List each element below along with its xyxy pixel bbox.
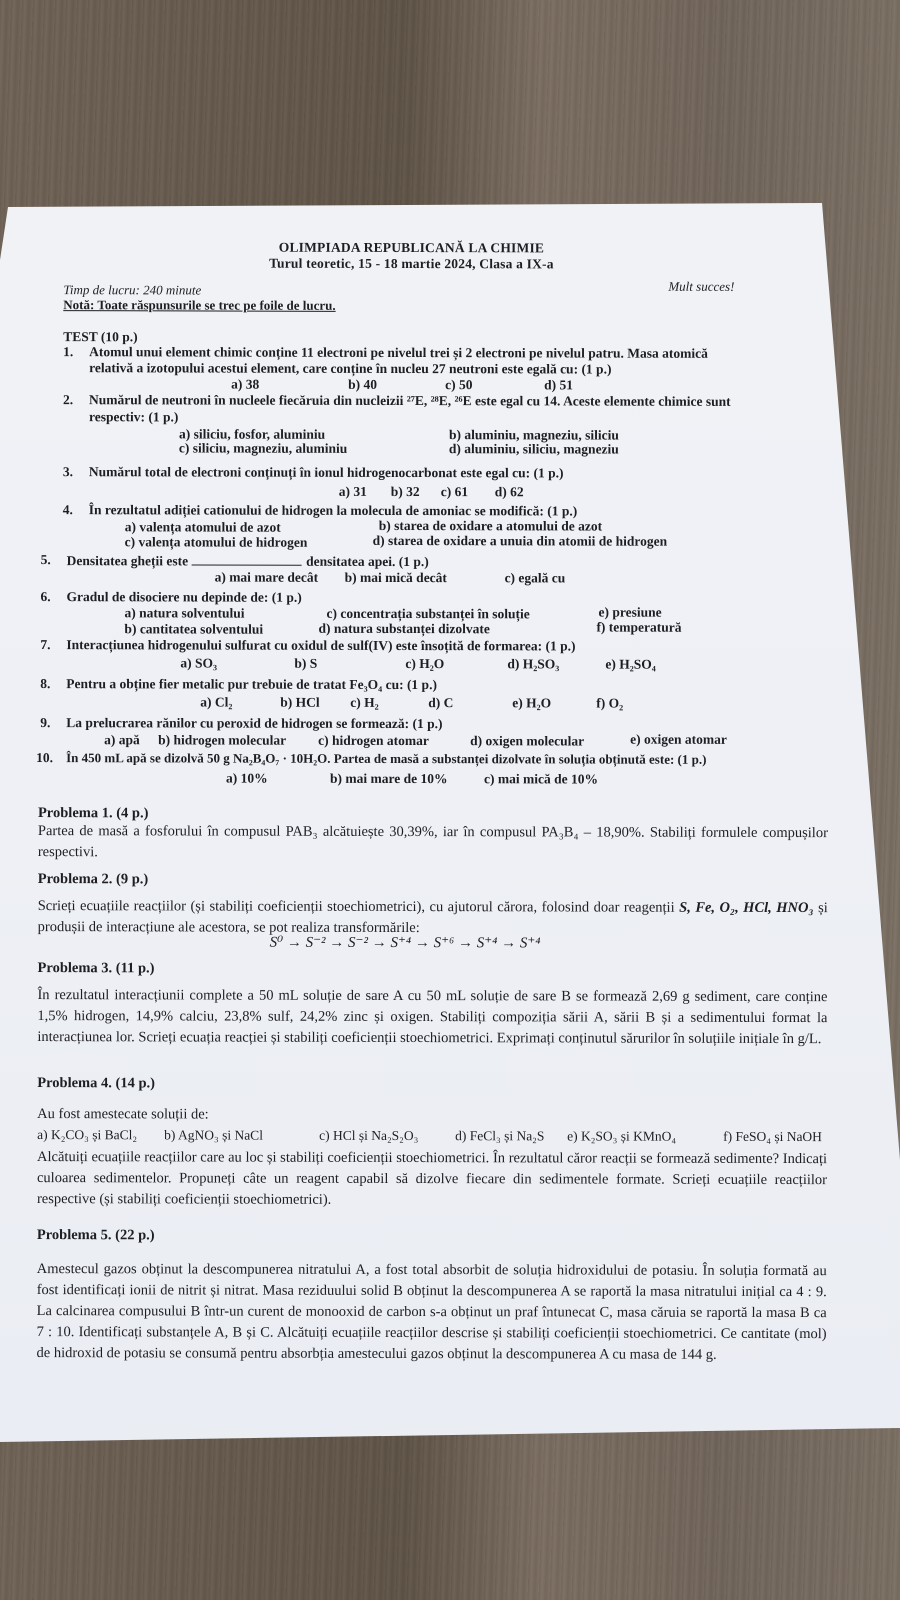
q1-option-c: c) 50 bbox=[445, 377, 472, 393]
q7-option-b: b) S bbox=[294, 656, 317, 672]
problem-4-intro: Au fost amestecate soluții de: bbox=[37, 1106, 209, 1123]
q9-text: La prelucrarea rănilor cu peroxid de hid… bbox=[66, 715, 442, 732]
q5-option-c: c) egală cu bbox=[505, 570, 566, 586]
q6-option-b: b) cantitatea solventului bbox=[124, 621, 263, 637]
q5-text-start: Densitatea gheții este bbox=[67, 553, 189, 568]
q8-option-d: d) C bbox=[428, 695, 453, 711]
q6-option-d: d) natura substanței dizolvate bbox=[318, 621, 489, 637]
q7-option-d: d) H₂SO₃ bbox=[507, 656, 559, 672]
test-heading: TEST (10 p.) bbox=[63, 329, 137, 345]
q8-option-f: f) O₂ bbox=[596, 696, 623, 712]
q6-option-e: e) presiune bbox=[598, 605, 661, 621]
greeting: Mult succes! bbox=[668, 279, 734, 295]
q2-number: 2. bbox=[63, 392, 73, 408]
q6-option-c: c) concentrația substanței în soluție bbox=[326, 606, 529, 623]
q8-option-a: a) Cl₂ bbox=[200, 694, 232, 710]
q8-text: Pentru a obține fier metalic pur trebuie… bbox=[66, 676, 437, 693]
q9-option-c: c) hidrogen atomar bbox=[318, 733, 429, 749]
q1-text: Atomul unui element chimic conține 11 el… bbox=[89, 344, 708, 362]
q2-text-2: respectiv: (1 p.) bbox=[89, 409, 178, 425]
problem-3-title: Problema 3. (11 p.) bbox=[38, 960, 155, 977]
q3-option-b: b) 32 bbox=[391, 484, 420, 500]
q5-option-b: b) mai mică decât bbox=[345, 570, 447, 586]
q2-option-c: c) siliciu, magneziu, aluminiu bbox=[179, 440, 347, 456]
q7-text: Interacțiunea hidrogenului sulfurat cu o… bbox=[66, 637, 575, 654]
q6-option-f: f) temperatură bbox=[596, 620, 681, 636]
problem-4-title: Problema 4. (14 p.) bbox=[37, 1075, 155, 1092]
q2-text: Numărul de neutroni în nucleele fiecărui… bbox=[89, 392, 731, 410]
note: Notă: Toate răspunsurile se trec pe foil… bbox=[63, 297, 335, 314]
q10-option-a: a) 10% bbox=[226, 771, 268, 787]
q1-option-d: d) 51 bbox=[544, 377, 573, 393]
q5-text: Densitatea gheții estedensitatea apei. (… bbox=[67, 552, 429, 570]
q8-option-e: e) H₂O bbox=[512, 695, 551, 711]
q9-number: 9. bbox=[40, 715, 50, 731]
q7-option-e: e) H₂SO₄ bbox=[605, 657, 656, 673]
problem-1-text: Partea de masă a fosforului în compusul … bbox=[38, 821, 828, 865]
q8-option-c: c) H₂ bbox=[350, 695, 378, 711]
problem-2-reagents: S, Fe, O₂, HCl, HNO₃ bbox=[679, 900, 813, 916]
time-limit: Timp de lucru: 240 minute bbox=[63, 282, 201, 298]
q7-option-c: c) H₂O bbox=[405, 656, 444, 672]
q7-number: 7. bbox=[40, 637, 50, 653]
q1-text-2: relativă a izotopului acestui element, c… bbox=[89, 360, 611, 377]
exam-content: OLIMPIADA REPUBLICANĂ LA CHIMIE Turul te… bbox=[0, 0, 900, 1600]
q6-text: Gradul de disociere nu depinde de: (1 p.… bbox=[67, 589, 302, 606]
q5-text-end: densitatea apei. (1 p.) bbox=[306, 554, 429, 569]
q10-text: În 450 mL apă se dizolvă 50 g Na₂B₄O₇ · … bbox=[66, 750, 706, 768]
q10-option-c: c) mai mică de 10% bbox=[484, 771, 598, 787]
q5-number: 5. bbox=[41, 552, 51, 568]
q9-option-b: b) hidrogen molecular bbox=[158, 732, 286, 748]
q3-option-c: c) 61 bbox=[441, 484, 468, 500]
q3-number: 3. bbox=[63, 464, 73, 480]
q6-option-a: a) natura solventului bbox=[124, 605, 244, 621]
oxidation-chain: S⁰ → S⁻² → S⁻² → S⁺⁴ → S⁺⁶ → S⁺⁴ → S⁺⁴ bbox=[270, 933, 541, 953]
q9-option-a: a) apă bbox=[104, 732, 140, 748]
q1-number: 1. bbox=[63, 344, 73, 360]
problem-2-text-start: Scrieți ecuațiile reacțiilor (și stabili… bbox=[38, 898, 675, 916]
problem-4-option-e: e) K₂SO₃ și KMnO₄ bbox=[567, 1128, 676, 1144]
q9-option-e: e) oxigen atomar bbox=[630, 732, 727, 748]
q4-text: În rezultatul adiției cationului de hidr… bbox=[89, 502, 578, 519]
q4-option-d: d) starea de oxidare a unuia din atomii … bbox=[373, 533, 667, 550]
answer-blank bbox=[192, 552, 302, 565]
problem-5-text: Amestecul gazos obținut la descompunerea… bbox=[37, 1259, 827, 1366]
q2-option-d: d) aluminiu, siliciu, magneziu bbox=[449, 441, 619, 457]
q3-option-a: a) 31 bbox=[339, 484, 367, 500]
problem-4-option-f: f) FeSO₄ și NaOH bbox=[723, 1129, 822, 1145]
problem-3-text: În rezultatul interacțiunii complete a 5… bbox=[37, 985, 827, 1050]
problem-4-text: Alcătuiți ecuațiile reacțiilor care au l… bbox=[37, 1147, 827, 1212]
q10-number: 10. bbox=[36, 750, 53, 766]
problem-4-option-c: c) HCl și Na₂S₂O₃ bbox=[319, 1128, 418, 1144]
problem-1-title: Problema 1. (4 p.) bbox=[38, 805, 149, 822]
q7-option-a: a) SO₃ bbox=[180, 655, 217, 671]
problem-4-option-a: a) K₂CO₃ și BaCl₂ bbox=[37, 1127, 137, 1143]
q8-number: 8. bbox=[40, 676, 50, 692]
problem-4-option-d: d) FeCl₃ și Na₂S bbox=[455, 1128, 544, 1144]
problem-5-title: Problema 5. (22 p.) bbox=[37, 1227, 155, 1244]
q9-option-d: d) oxigen molecular bbox=[470, 733, 584, 749]
q6-number: 6. bbox=[41, 589, 51, 605]
q3-text: Numărul total de electroni conținuți în … bbox=[89, 464, 564, 481]
q4-option-c: c) valența atomului de hidrogen bbox=[125, 534, 308, 550]
q1-option-b: b) 40 bbox=[348, 377, 377, 393]
q5-option-a: a) mai mare decât bbox=[215, 570, 319, 586]
exam-subtitle: Turul teoretic, 15 - 18 martie 2024, Cla… bbox=[1, 255, 821, 273]
q8-option-b: b) HCl bbox=[280, 695, 319, 711]
problem-4-option-b: b) AgNO₃ și NaCl bbox=[164, 1127, 263, 1143]
problem-2-title: Problema 2. (9 p.) bbox=[38, 871, 149, 888]
q1-option-a: a) 38 bbox=[231, 377, 259, 393]
q4-option-a: a) valența atomului de azot bbox=[125, 519, 281, 535]
q4-number: 4. bbox=[63, 502, 73, 518]
q10-option-b: b) mai mare de 10% bbox=[330, 771, 448, 787]
q3-option-d: d) 62 bbox=[495, 484, 524, 500]
